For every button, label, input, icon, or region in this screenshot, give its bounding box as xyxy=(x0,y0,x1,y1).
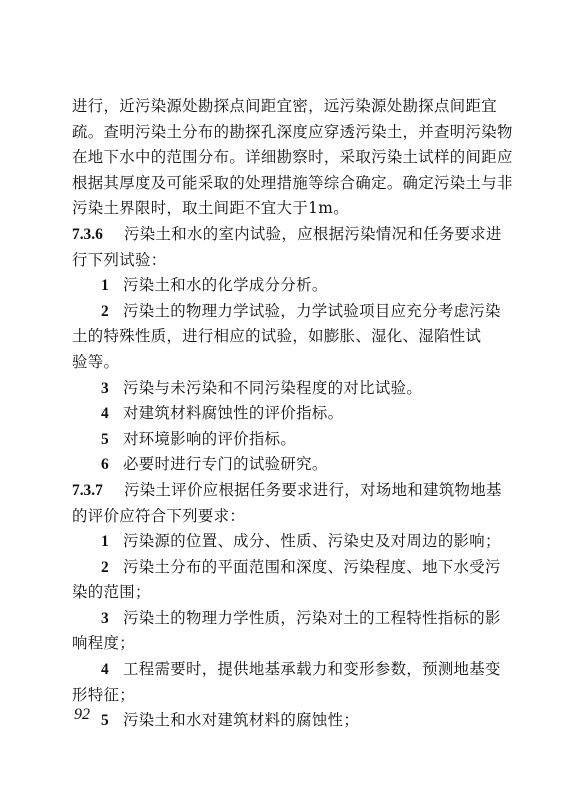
item-text: 污染土的物理力学试验，力学试验项目应充分考虑污染 xyxy=(123,302,501,320)
item-number: 1 xyxy=(101,273,123,299)
list-item: 3污染与未污染和不同污染程度的对比试验。 xyxy=(72,376,476,402)
list-item: 4工程需要时，提供地基承载力和变形参数，预测地基变 xyxy=(72,657,476,683)
item-number: 2 xyxy=(101,555,123,581)
list-item: 5对环境影响的评价指标。 xyxy=(72,427,476,453)
item-text-continued: 形特征； xyxy=(72,683,476,709)
item-text: 污染土分布的平面范围和深度、污染程度、地下水受污 xyxy=(123,558,501,576)
item-number: 5 xyxy=(101,708,123,734)
item-number: 5 xyxy=(101,427,123,453)
item-number: 2 xyxy=(101,299,123,325)
list-item: 2污染土分布的平面范围和深度、污染程度、地下水受污 xyxy=(72,555,476,581)
item-text-continued: 染的范围； xyxy=(72,580,476,606)
item-number: 3 xyxy=(101,376,123,402)
page-number: 92 xyxy=(74,706,90,724)
list-item: 1污染源的位置、成分、性质、污染史及对周边的影响； xyxy=(72,529,476,555)
paragraph-line: 污染土界限时，取土间距不宜大于1m。 xyxy=(72,196,476,222)
item-text: 对建筑材料腐蚀性的评价指标。 xyxy=(123,404,343,422)
clause-text: 污染土评价应根据任务要求进行，对场地和建筑物地基 xyxy=(124,481,502,499)
item-number: 6 xyxy=(101,452,123,478)
item-text-continued: 土的特殊性质，进行相应的试验，如膨胀、湿化、湿陷性试 xyxy=(72,324,476,350)
clause-number: 7.3.6 xyxy=(72,222,124,248)
item-number: 4 xyxy=(101,401,123,427)
body-text: 进行，近污染源处勘探点间距宜密，远污染源处勘探点间距宜 疏。查明污染土分布的勘探… xyxy=(72,94,476,734)
item-text-continued: 响程度； xyxy=(72,631,476,657)
list-item: 6必要时进行专门的试验研究。 xyxy=(72,452,476,478)
item-text: 污染源的位置、成分、性质、污染史及对周边的影响； xyxy=(123,532,501,550)
item-text: 污染土和水对建筑材料的腐蚀性； xyxy=(123,711,359,729)
clause-text-continued: 的评价应符合下列要求： xyxy=(72,504,476,530)
list-item: 1污染土和水的化学成分分析。 xyxy=(72,273,476,299)
item-text-continued: 验等。 xyxy=(72,350,476,376)
clause-text-continued: 行下列试验： xyxy=(72,248,476,274)
item-text: 工程需要时，提供地基承载力和变形参数，预测地基变 xyxy=(123,660,501,678)
item-number: 3 xyxy=(101,606,123,632)
item-number: 1 xyxy=(101,529,123,555)
clause-7-3-6-heading: 7.3.6污染土和水的室内试验，应根据污染情况和任务要求进 xyxy=(72,222,476,248)
item-number: 4 xyxy=(101,657,123,683)
clause-text: 污染土和水的室内试验，应根据污染情况和任务要求进 xyxy=(124,225,502,243)
list-item: 4对建筑材料腐蚀性的评价指标。 xyxy=(72,401,476,427)
paragraph-line: 进行，近污染源处勘探点间距宜密，远污染源处勘探点间距宜 xyxy=(72,94,476,120)
paragraph-line: 根据其厚度及可能采取的处理措施等综合确定。确定污染土与非 xyxy=(72,171,476,197)
list-item: 3污染土的物理力学性质，污染对土的工程特性指标的影 xyxy=(72,606,476,632)
item-text: 污染与未污染和不同污染程度的对比试验。 xyxy=(123,379,422,397)
paragraph-line: 在地下水中的范围分布。详细勘察时，采取污染土试样的间距应 xyxy=(72,145,476,171)
item-text: 对环境影响的评价指标。 xyxy=(123,430,296,448)
clause-number: 7.3.7 xyxy=(72,478,124,504)
list-item: 2污染土的物理力学试验，力学试验项目应充分考虑污染 xyxy=(72,299,476,325)
item-text: 污染土和水的化学成分分析。 xyxy=(123,276,328,294)
item-text: 污染土的物理力学性质，污染对土的工程特性指标的影 xyxy=(123,609,501,627)
clause-7-3-7-heading: 7.3.7污染土评价应根据任务要求进行，对场地和建筑物地基 xyxy=(72,478,476,504)
document-page: 进行，近污染源处勘探点间距宜密，远污染源处勘探点间距宜 疏。查明污染土分布的勘探… xyxy=(0,0,561,804)
paragraph-line: 疏。查明污染土分布的勘探孔深度应穿透污染土，并查明污染物 xyxy=(72,120,476,146)
item-text: 必要时进行专门的试验研究。 xyxy=(123,455,328,473)
list-item: 5污染土和水对建筑材料的腐蚀性； xyxy=(72,708,476,734)
